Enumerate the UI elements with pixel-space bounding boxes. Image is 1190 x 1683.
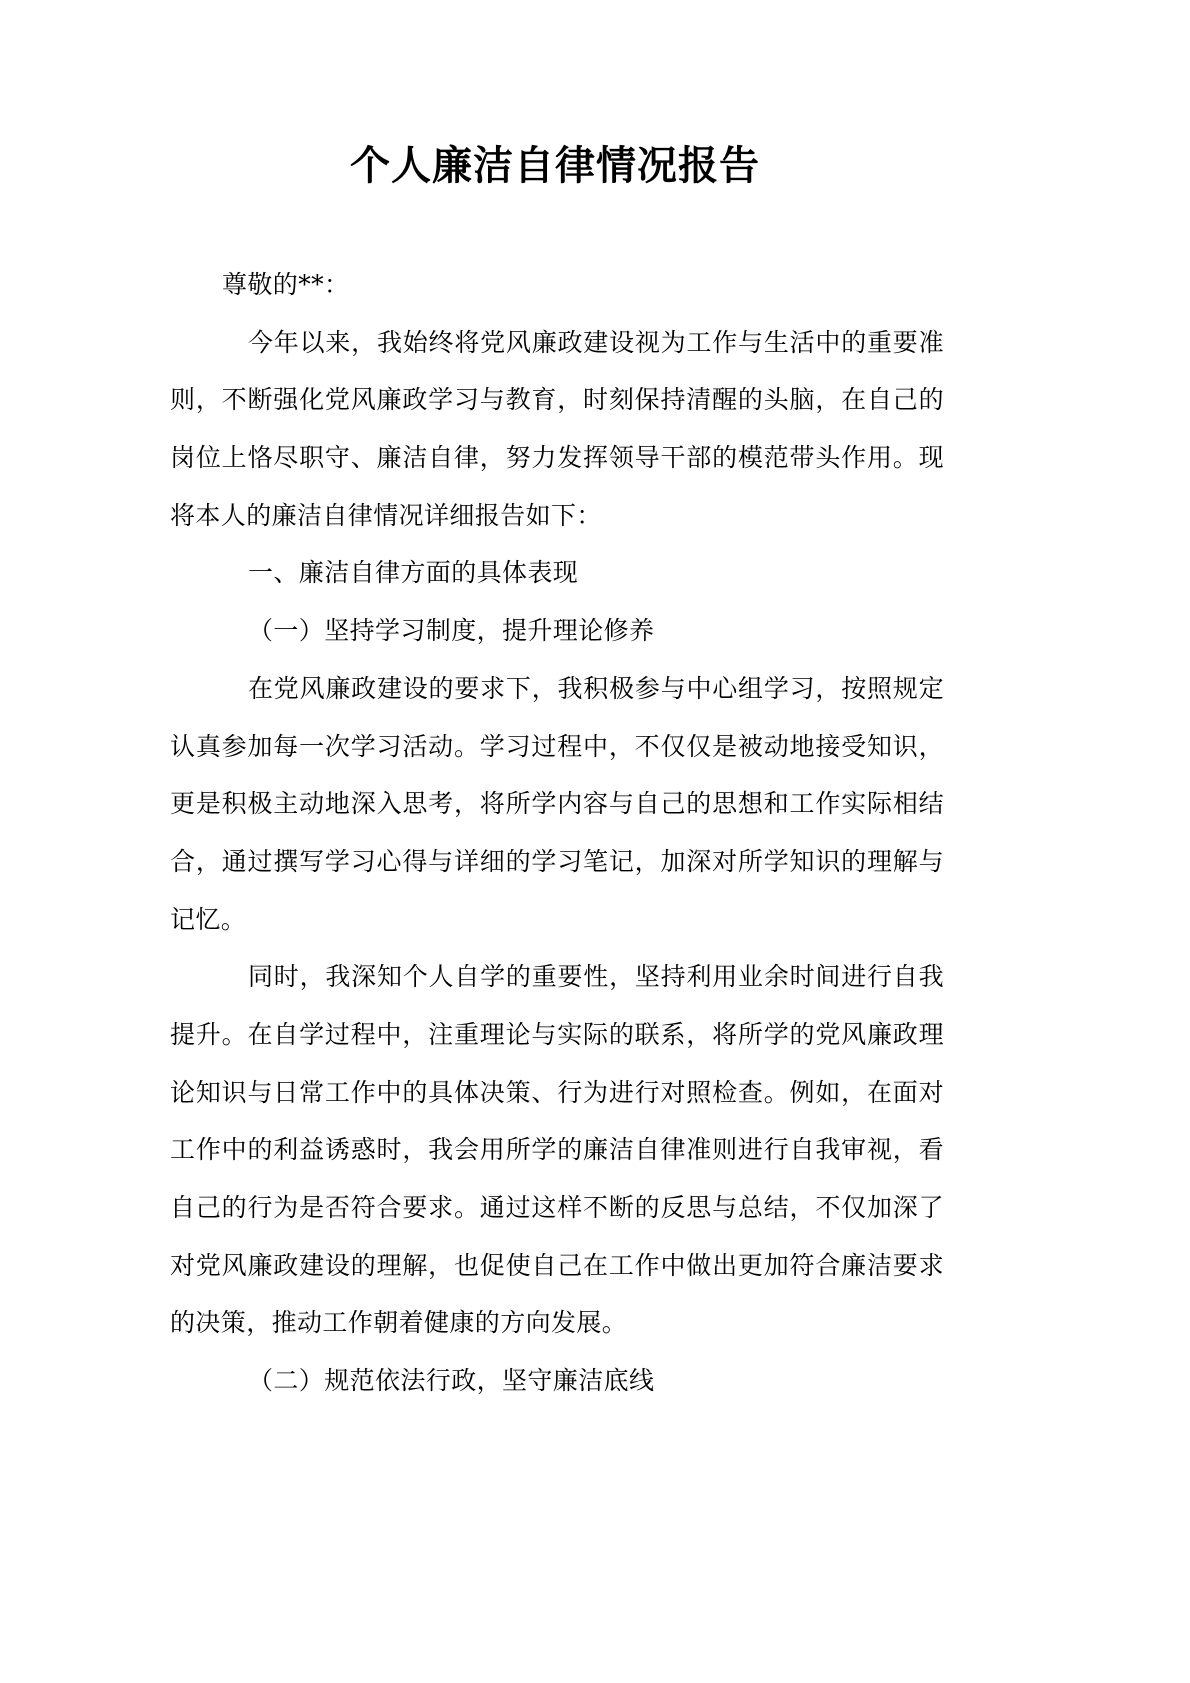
paragraph-study-line: 更是积极主动地深入思考，将所学内容与自己的思想和工作实际相结 bbox=[170, 775, 944, 833]
document-page: 个人廉洁自律情况报告 尊敬的**： 今年以来，我始终将党风廉政建设视为工作与生活… bbox=[0, 0, 1190, 1683]
paragraph-selfstudy-line: 的决策，推动工作朝着健康的方向发展。 bbox=[170, 1294, 944, 1352]
paragraph-study-line: 在党风廉政建设的要求下，我积极参与中心组学习，按照规定 bbox=[170, 660, 944, 718]
paragraph-intro-line: 岗位上恪尽职守、廉洁自律，努力发挥领导干部的模范带头作用。现 bbox=[170, 429, 944, 487]
paragraph-study-line: 认真参加每一次学习活动。学习过程中，不仅仅是被动地接受知识， bbox=[170, 718, 944, 776]
paragraph-intro-line: 今年以来，我始终将党风廉政建设视为工作与生活中的重要准 bbox=[170, 314, 944, 372]
paragraph-selfstudy-line: 同时，我深知个人自学的重要性，坚持利用业余时间进行自我 bbox=[170, 948, 944, 1006]
paragraph-selfstudy-line: 自己的行为是否符合要求。通过这样不断的反思与总结，不仅加深了 bbox=[170, 1179, 944, 1237]
subsection-heading-1: （一）坚持学习制度，提升理论修养 bbox=[170, 602, 944, 660]
paragraph-intro-line: 则，不断强化党风廉政学习与教育，时刻保持清醒的头脑，在自己的 bbox=[170, 371, 944, 429]
paragraph-selfstudy-line: 论知识与日常工作中的具体决策、行为进行对照检查。例如，在面对 bbox=[170, 1064, 944, 1122]
document-title: 个人廉洁自律情况报告 bbox=[0, 138, 1110, 194]
subsection-heading-2: （二）规范依法行政，坚守廉洁底线 bbox=[170, 1352, 944, 1410]
paragraph-study-line: 记忆。 bbox=[170, 891, 944, 949]
paragraph-intro-line: 将本人的廉洁自律情况详细报告如下： bbox=[170, 487, 944, 545]
paragraph-study-line: 合，通过撰写学习心得与详细的学习笔记，加深对所学知识的理解与 bbox=[170, 833, 944, 891]
section-heading-1: 一、廉洁自律方面的具体表现 bbox=[170, 544, 944, 602]
document-body: 尊敬的**： 今年以来，我始终将党风廉政建设视为工作与生活中的重要准 则，不断强… bbox=[170, 256, 944, 1410]
greeting: 尊敬的**： bbox=[170, 256, 944, 314]
paragraph-selfstudy-line: 工作中的利益诱惑时，我会用所学的廉洁自律准则进行自我审视，看 bbox=[170, 1121, 944, 1179]
paragraph-selfstudy-line: 对党风廉政建设的理解，也促使自己在工作中做出更加符合廉洁要求 bbox=[170, 1237, 944, 1295]
paragraph-selfstudy-line: 提升。在自学过程中，注重理论与实际的联系，将所学的党风廉政理 bbox=[170, 1006, 944, 1064]
